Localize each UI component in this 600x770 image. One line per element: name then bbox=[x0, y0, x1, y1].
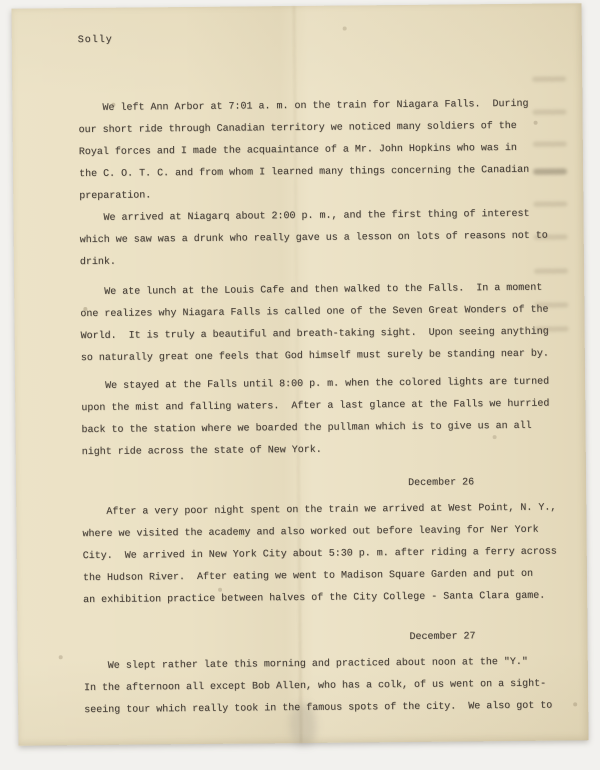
scanned-page-background: Solly We left Ann Arbor at 7:01 a. m. on… bbox=[0, 0, 600, 770]
letter-paragraph: We slept rather late this morning and pr… bbox=[84, 651, 565, 722]
letter-page: Solly We left Ann Arbor at 7:01 a. m. on… bbox=[11, 3, 588, 745]
salutation: Solly bbox=[78, 26, 558, 53]
letter-paragraph: After a very poor night spent on the tra… bbox=[82, 497, 563, 612]
letter-content: Solly We left Ann Arbor at 7:01 a. m. on… bbox=[11, 3, 588, 745]
date-heading-december-26: December 26 bbox=[408, 471, 562, 494]
letter-paragraph: We left Ann Arbor at 7:01 a. m. on the t… bbox=[78, 94, 559, 209]
date-heading-december-27: December 27 bbox=[409, 625, 563, 648]
salutation-text: Solly bbox=[78, 35, 113, 46]
letter-paragraph: We arrived at Niagarq about 2:00 p. m., … bbox=[79, 204, 560, 275]
letter-paragraph: We stayed at the Falls until 8:00 p. m. … bbox=[81, 371, 562, 464]
letter-paragraph: We ate lunch at the Louis Cafe and then … bbox=[80, 277, 561, 370]
